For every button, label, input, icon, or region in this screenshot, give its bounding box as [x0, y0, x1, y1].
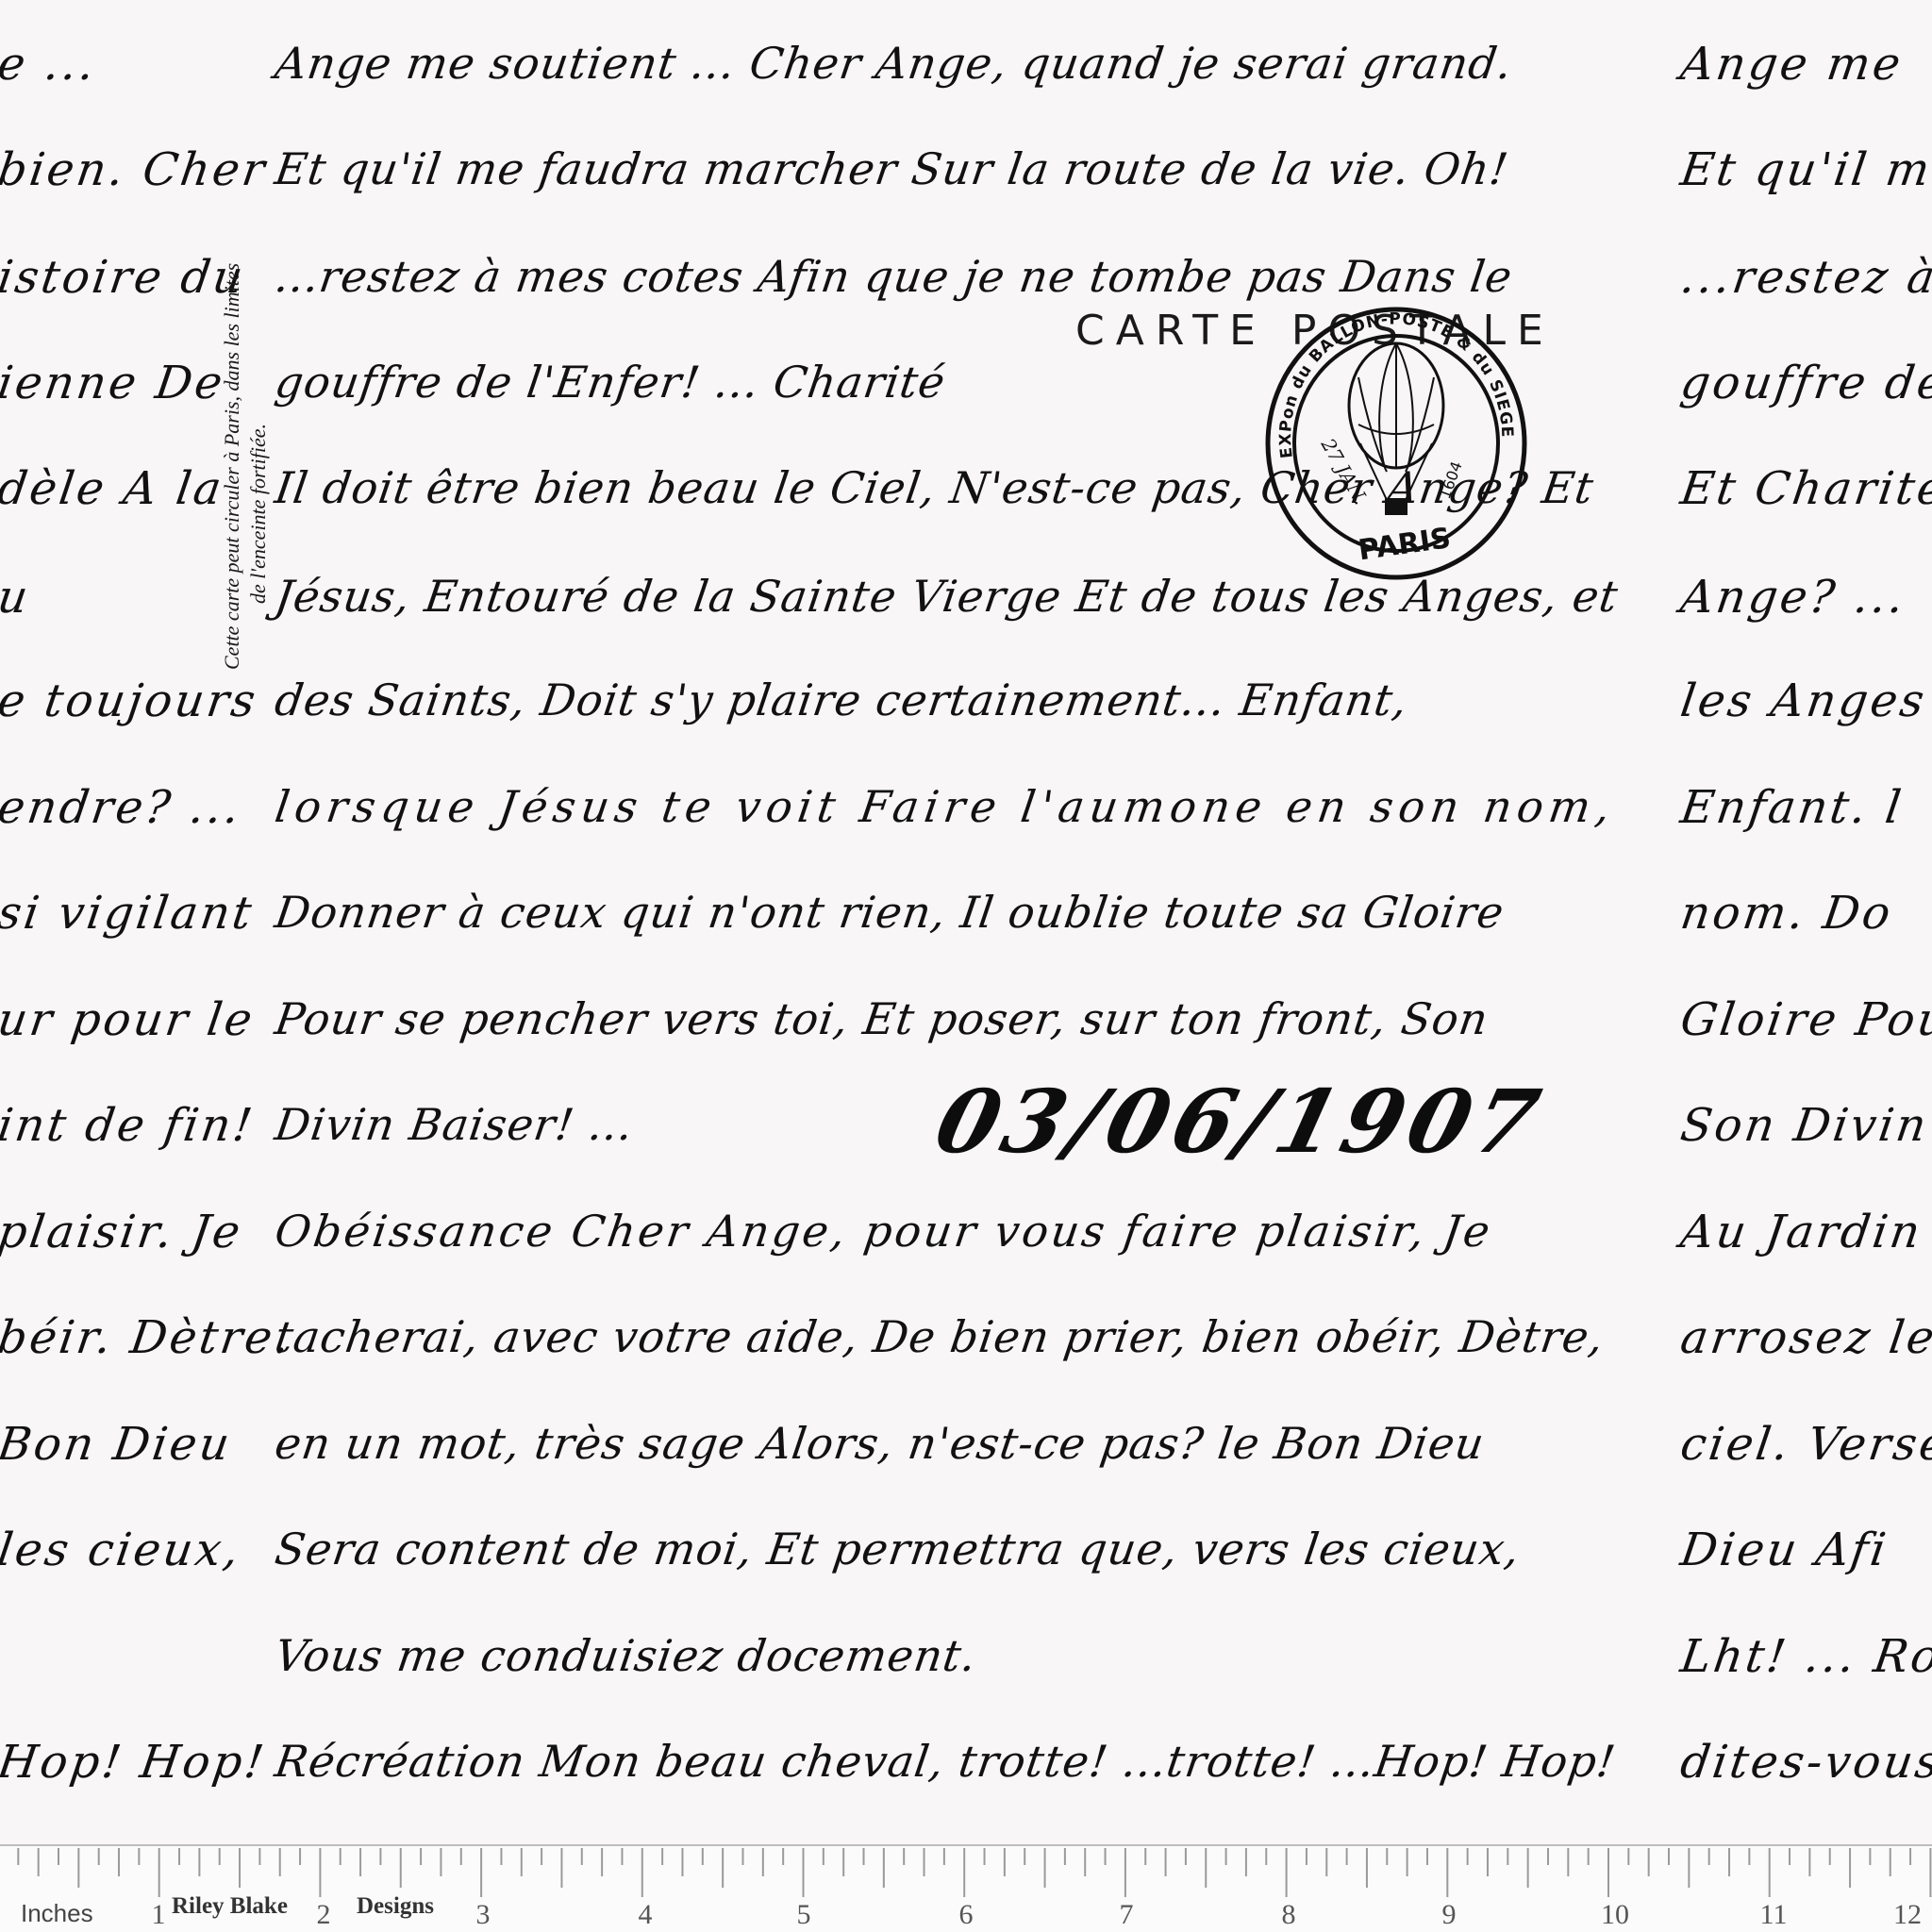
brand-name-left: Riley Blake: [172, 1893, 288, 1920]
ruler-number: 11: [1760, 1899, 1788, 1931]
script-line: Ange? ...: [1677, 571, 1909, 624]
script-line: lorsque Jésus te voit Faire l'aumone en …: [272, 781, 1619, 832]
ruler-number: 9: [1442, 1899, 1457, 1931]
ruler-ticks: [0, 1846, 1932, 1903]
script-line: Son Divin: [1677, 1099, 1932, 1152]
brand-name-right: Designs: [357, 1893, 434, 1920]
script-line: en un mot, très sage Alors, n'est-ce pas…: [272, 1418, 1488, 1469]
script-line: Et qu'il me faudra marcher Sur la route …: [272, 143, 1512, 194]
script-line: e ...: [0, 38, 100, 91]
script-line: dèle A la: [0, 462, 227, 515]
ruler-number: 8: [1282, 1899, 1296, 1931]
script-line: Au Jardin: [1677, 1206, 1926, 1258]
script-line: gouffre de: [1677, 357, 1932, 409]
script-line: plaisir. Je: [0, 1206, 246, 1258]
script-line: endre? ...: [0, 781, 245, 834]
handwritten-date: 03/06/1907: [926, 1071, 1555, 1173]
script-line: istoire du: [0, 251, 249, 304]
script-line: Ange me: [1677, 38, 1907, 91]
script-line: Pour se pencher vers toi, Et poser, sur …: [272, 993, 1491, 1044]
stamp-number: 1604: [1436, 459, 1466, 502]
script-line: u: [0, 571, 34, 624]
script-line: nom. Do: [1677, 887, 1896, 940]
balloon-postmark: EXPon du BALLON-POSTE & du SIEGE DE 1870…: [1255, 302, 1538, 585]
script-line: Hop! Hop!: [0, 1736, 270, 1789]
ruler-number: 1: [152, 1899, 166, 1931]
ruler-number: 2: [317, 1899, 331, 1931]
script-line: tacherai, avec votre aide, De bien prier…: [272, 1311, 1607, 1362]
fabric-print: e ... bien. Cher istoire du ienne De dèl…: [0, 0, 1932, 1844]
ruler-number: 6: [959, 1899, 974, 1931]
script-line: int de fin!: [0, 1099, 258, 1152]
script-line: les cieux,: [0, 1524, 244, 1576]
script-line: Et Charité A: [1677, 462, 1932, 515]
vertical-postal-note: Cette carte peut circuler à Paris, dans …: [219, 263, 272, 670]
stamp-date: 27 JAN.: [1316, 434, 1373, 508]
stamp-city: PARIS: [1357, 522, 1453, 567]
script-line: e toujours: [0, 675, 261, 727]
script-line: Obéissance Cher Ange, pour vous faire pl…: [272, 1206, 1495, 1257]
script-line: ...restez à mes cotes Afin que je ne tom…: [272, 251, 1516, 302]
script-line: Donner à ceux qui n'ont rien, Il oublie …: [272, 887, 1507, 938]
script-line: bien. Cher: [0, 143, 271, 196]
ruler-number: 12: [1893, 1899, 1922, 1931]
script-line: Gloire Pou: [1677, 993, 1932, 1046]
ruler-units-label: Inches: [21, 1899, 93, 1928]
script-line: ...restez à: [1677, 251, 1932, 304]
script-line: si vigilant: [0, 887, 258, 940]
script-line: dites-vous: [1677, 1736, 1932, 1789]
hot-air-balloon-icon: EXPon du BALLON-POSTE & du SIEGE DE 1870…: [1255, 302, 1538, 585]
script-line: Lht! ... Ro: [1677, 1630, 1932, 1683]
script-line: les Anges: [1677, 675, 1930, 727]
ruler-number: 10: [1601, 1899, 1629, 1931]
ruler-number: 5: [797, 1899, 811, 1931]
script-line: ienne De: [0, 357, 228, 409]
script-line: ciel. Verse: [1677, 1418, 1932, 1471]
script-line: Et qu'il m: [1677, 143, 1932, 196]
script-line: gouffre de l'Enfer! ... Charité: [272, 357, 949, 408]
script-line: Divin Baiser! ...: [272, 1099, 637, 1150]
script-line: arrosez le: [1677, 1311, 1932, 1364]
script-line: Ange me soutient ... Cher Ange, quand je…: [272, 38, 1516, 89]
script-line: Enfant. l: [1677, 781, 1907, 834]
script-line: Récréation Mon beau cheval, trotte! ...t…: [272, 1736, 1619, 1787]
script-line: des Saints, Doit s'y plaire certainement…: [272, 675, 1411, 725]
script-line: Sera content de moi, Et permettra que, v…: [272, 1524, 1524, 1574]
script-line: Bon Dieu: [0, 1418, 235, 1471]
ruler-number: 3: [476, 1899, 491, 1931]
vertical-note-line: Cette carte peut circuler à Paris, dans …: [219, 263, 245, 670]
vertical-note-line: de l'enceinte fortifiée.: [245, 263, 272, 670]
script-line: Vous me conduisiez docement.: [272, 1630, 980, 1681]
script-line: Dieu Afi: [1677, 1524, 1891, 1576]
ruler-number: 4: [639, 1899, 653, 1931]
script-line: béir. Dètre.: [0, 1311, 295, 1364]
script-line: ur pour le: [0, 993, 258, 1046]
ruler-number: 7: [1120, 1899, 1134, 1931]
selvedge-ruler: Inches Riley Blake Designs 1 2 3 4 5 6 7…: [0, 1844, 1932, 1932]
